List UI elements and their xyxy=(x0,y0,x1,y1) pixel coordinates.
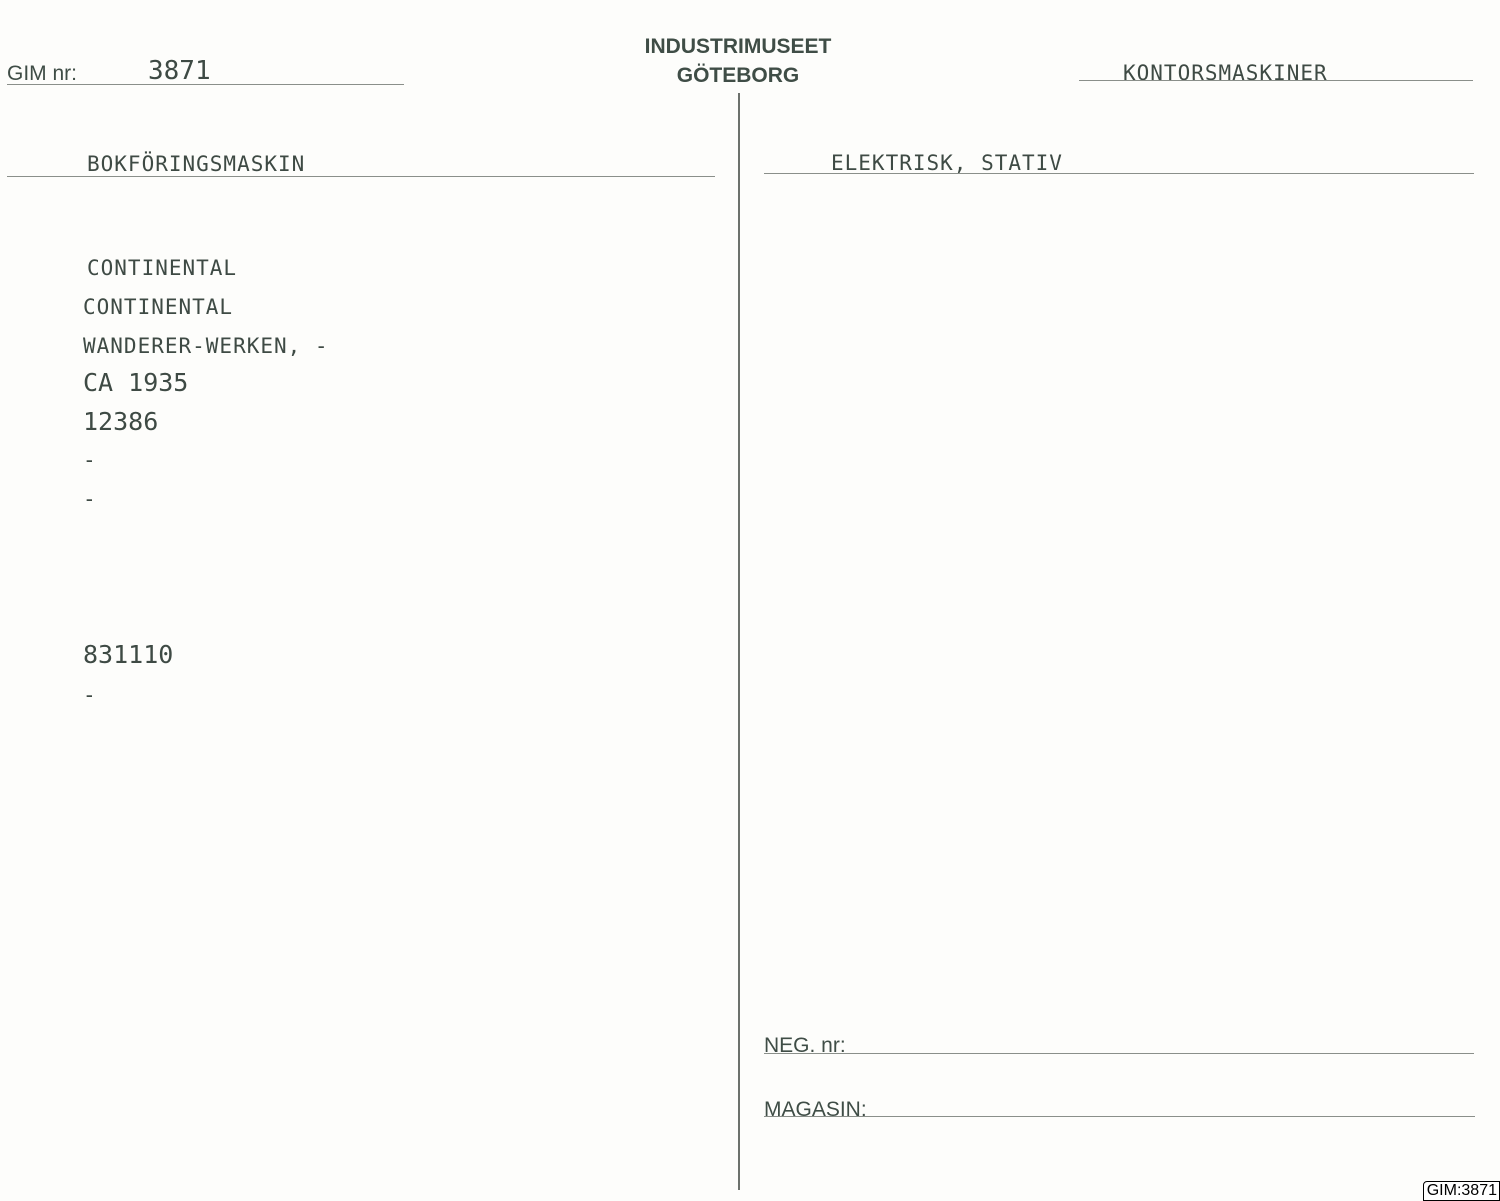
neg-number-label: NEG. nr: xyxy=(764,1034,846,1058)
magasin-underline xyxy=(764,1116,1475,1117)
neg-number-underline xyxy=(764,1053,1474,1054)
corner-reference-tag: GIM:3871 xyxy=(1423,1181,1500,1201)
detail-serial: 12386 xyxy=(83,407,158,436)
gim-number-value: 3871 xyxy=(148,56,211,86)
object-type-value: BOKFÖRINGSMASKIN xyxy=(87,152,305,176)
category-underline xyxy=(1079,80,1473,81)
gim-number-underline xyxy=(7,84,404,85)
date-code-extra: - xyxy=(83,683,97,707)
detail-maker: WANDERER-WERKEN, - xyxy=(83,334,329,358)
object-description-value: ELEKTRISK, STATIV xyxy=(831,151,1063,175)
date-code: 831110 xyxy=(83,640,173,669)
museum-header: INDUSTRIMUSEET GÖTEBORG xyxy=(588,32,888,90)
detail-manufacturer-brand: CONTINENTAL xyxy=(87,256,237,280)
detail-empty-2: - xyxy=(83,487,97,511)
gim-number-label: GIM nr: xyxy=(7,62,77,86)
object-type-underline xyxy=(7,176,715,177)
category-value: KONTORSMASKINER xyxy=(1123,61,1328,85)
object-description-underline xyxy=(764,173,1474,174)
detail-year: CA 1935 xyxy=(83,368,188,397)
detail-empty-1: - xyxy=(83,448,97,472)
museum-name-line2: GÖTEBORG xyxy=(588,61,888,90)
detail-model: CONTINENTAL xyxy=(83,295,233,319)
museum-name-line1: INDUSTRIMUSEET xyxy=(588,32,888,61)
magasin-label: MAGASIN: xyxy=(764,1098,867,1122)
center-divider xyxy=(738,93,740,1190)
